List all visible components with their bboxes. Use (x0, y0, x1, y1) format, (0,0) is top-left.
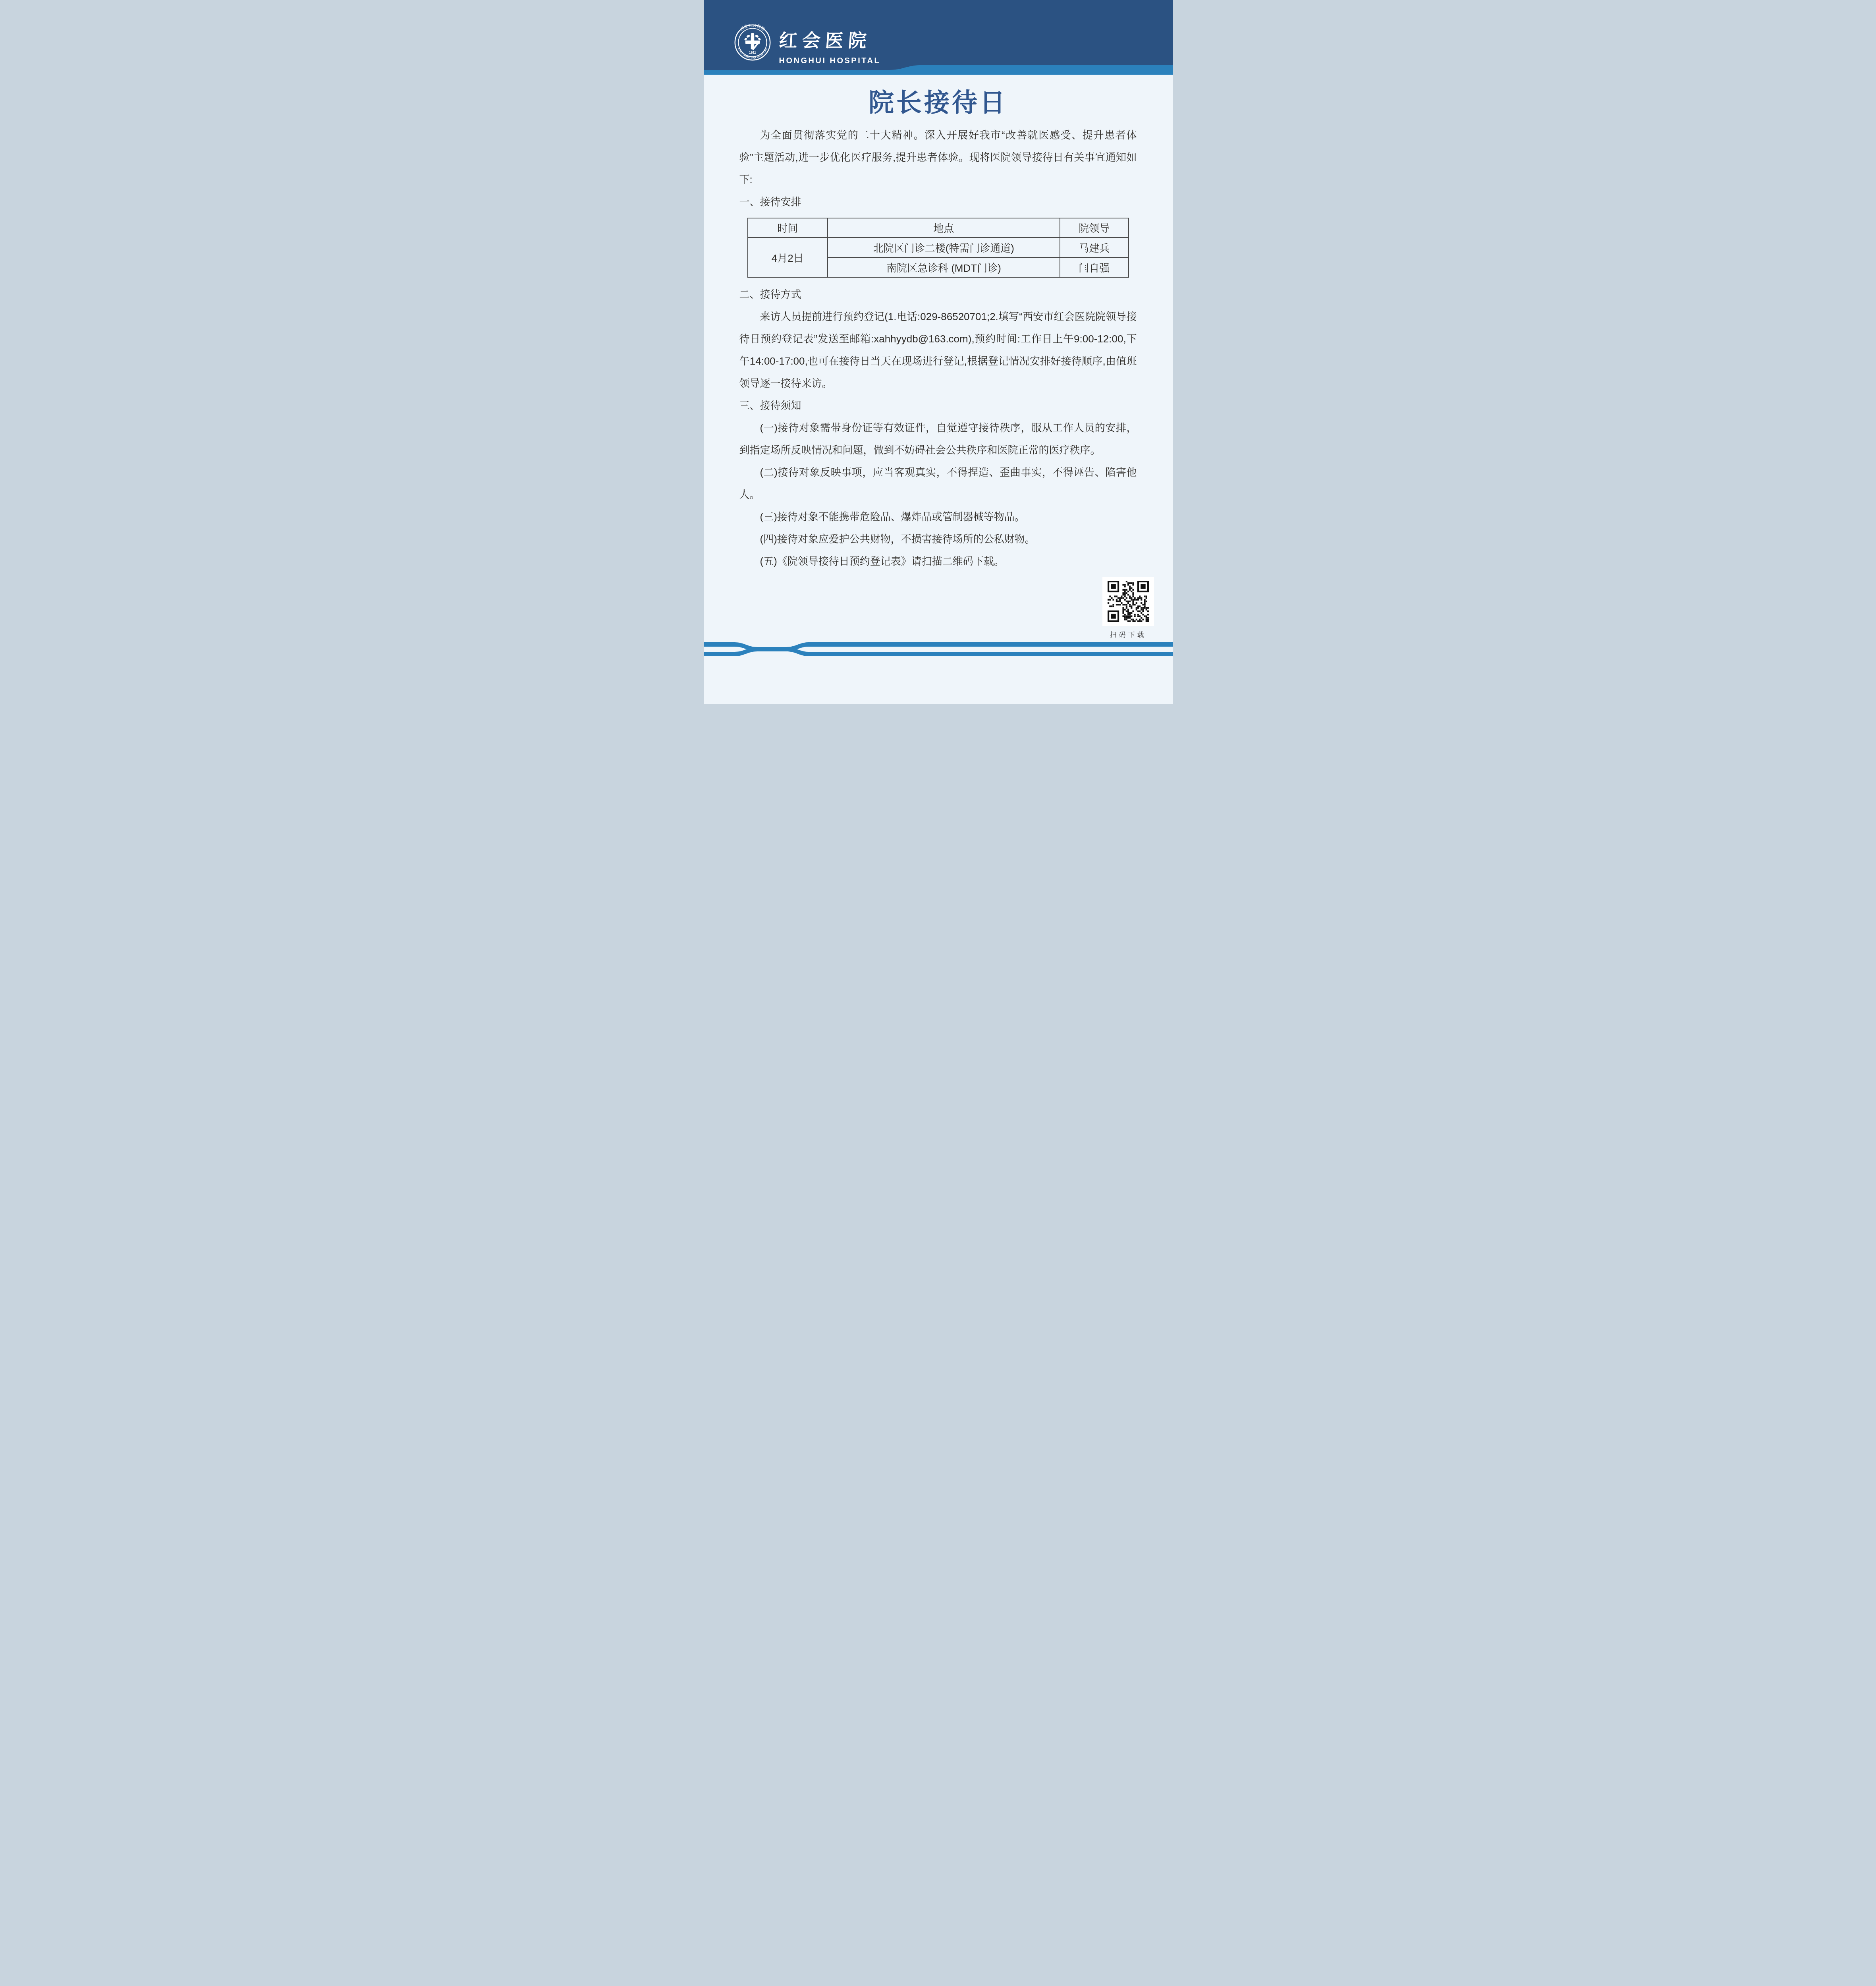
qr-panel (1102, 577, 1154, 626)
notice-body: 为全面贯彻落实党的二十大精神。深入开展好我市“改善就医感受、提升患者体验”主题活… (704, 124, 1173, 572)
note-item-1: (一)接待对象需带身份证等有效证件，自觉遵守接待秩序，服从工作人员的安排，到指定… (739, 417, 1137, 461)
col-header-place: 地点 (828, 218, 1060, 238)
note-item-3: (三)接待对象不能携带危险品、爆炸品或管制器械等物品。 (739, 506, 1137, 528)
poster: 西安红会医院 XI'AN HONG HUI HOSPITAL 1911 红会医院… (704, 0, 1173, 704)
col-header-leader: 院领导 (1060, 218, 1129, 238)
schedule-location-cell: 北院区门诊二楼(特需门诊通道) (828, 238, 1060, 258)
reception-schedule-table: 时间 地点 院领导 4月2日 北院区门诊二楼(特需门诊通道) 马建兵 南院区急诊… (747, 218, 1129, 278)
hospital-seal-icon: 西安红会医院 XI'AN HONG HUI HOSPITAL 1911 (734, 24, 771, 61)
table-row: 4月2日 北院区门诊二楼(特需门诊通道) 马建兵 (748, 238, 1129, 258)
qr-caption: 扫码下载 (1102, 629, 1154, 639)
page-title: 院长接待日 (704, 87, 1173, 118)
seal-cross-tree-icon (744, 33, 761, 49)
seal-year-text: 1911 (749, 51, 756, 54)
section3-heading: 三、接待须知 (739, 394, 1137, 417)
hospital-name-zh: 红会医院 (778, 26, 881, 52)
header-band-decoration (704, 56, 1173, 75)
section1-heading: 一、接待安排 (739, 191, 1137, 213)
header-banner: 西安红会医院 XI'AN HONG HUI HOSPITAL 1911 红会医院… (704, 0, 1173, 75)
note-item-4: (四)接待对象应爱护公共财物，不损害接待场所的公私财物。 (739, 528, 1137, 550)
col-header-time: 时间 (748, 218, 828, 238)
table-header-row: 时间 地点 院领导 (748, 218, 1129, 238)
note-item-5: (五)《院领导接待日预约登记表》请扫描二维码下载。 (739, 550, 1137, 572)
section2-paragraph: 来访人员提前进行预约登记(1.电话:029-86520701;2.填写“西安市红… (739, 305, 1137, 394)
schedule-leader-cell: 闫自强 (1060, 257, 1129, 277)
schedule-location-cell: 南院区急诊科 (MDT门诊) (828, 257, 1060, 277)
footer-ribbon-decoration (704, 642, 1173, 656)
qr-download-block: 扫码下载 (1102, 577, 1154, 639)
qr-code-icon (1108, 581, 1149, 622)
section2-heading: 二、接待方式 (739, 283, 1137, 305)
note-item-2: (二)接待对象反映事项，应当客观真实，不得捏造、歪曲事实，不得诬告、陷害他人。 (739, 461, 1137, 506)
schedule-date-cell: 4月2日 (748, 238, 828, 278)
schedule-leader-cell: 马建兵 (1060, 238, 1129, 258)
intro-paragraph: 为全面贯彻落实党的二十大精神。深入开展好我市“改善就医感受、提升患者体验”主题活… (739, 124, 1137, 191)
